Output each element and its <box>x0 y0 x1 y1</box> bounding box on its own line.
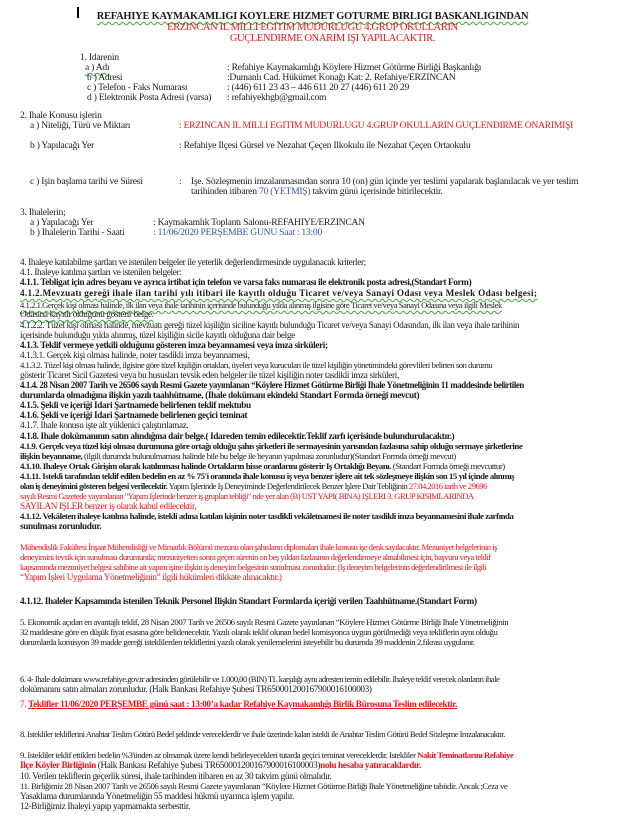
section4-1-12-b: 4.1.12. Ihaleler Kapsamında istenilen Te… <box>20 596 477 607</box>
section2-label-a: a ) Niteliği, Türü ve Miktarı <box>30 120 130 131</box>
section7: 7. Teklifler 11/06/2020 PERŞEMBE günü sa… <box>20 699 457 710</box>
section4-1-7: 4.1.7. Ihale konusu işte alt yüklenici ç… <box>20 420 188 431</box>
section1-value-d: : refahiyekhgb@gmail.com <box>227 92 326 103</box>
section1-label-d: d ) Elektronik Posta Adresi (varsa) <box>87 92 211 103</box>
document-subtitle-line2: GUÇLENDIRME ONARIM IŞI YAPILACAKTIR. <box>20 33 625 44</box>
section2-value-a: : ERZINCAN IL MILLI EGITIM MUDURLUGU 4.G… <box>179 120 573 131</box>
engineering-note-line4: “Yapım Işleri Uygulama Yönetmeliğinin” i… <box>20 572 282 583</box>
section4-1-2-1-line2: Odasına kayıtlı olduğunu gösterir belge. <box>20 309 154 320</box>
section2-value-c-line2: tarihinden itibaren 70 (YETMIŞ) takvim g… <box>191 186 443 197</box>
section3-label-b: b ) Ihalelerin Tarihi - Saati <box>30 227 124 238</box>
section2-label-c: c ) Işin başlama tarihi ve Süresi <box>30 176 143 187</box>
section3-value-b: : 11/06/2020 PERŞEMBE GUNU Saat : 13:00 <box>153 227 322 238</box>
document-title: REFAHIYE KAYMAKAMLIGI KOYLERE HIZMET GOT… <box>0 11 625 22</box>
section4-1-2: 4.1.2.Mevzuatı gereği ihale ilan tarihi … <box>20 288 537 299</box>
section5-line3: durumlarda komisyon 39 madde gereği iste… <box>20 637 475 648</box>
document-page: REFAHIYE KAYMAKAMLIGI KOYLERE HIZMET GOT… <box>0 0 625 827</box>
section4-1-1: 4.1.1. Tebligat için adres beyanı ve ayr… <box>20 277 471 288</box>
section12: 12-Birliğimiz Ihaleyi yapıp yapmamakta s… <box>20 801 190 812</box>
section9-line2: Ilçe Köyler Birliğinin (Halk Bankası Ref… <box>20 760 421 771</box>
section4-1-12-line2: sunulması zorunludur. <box>20 521 101 532</box>
section2-colon-c: : <box>179 176 181 187</box>
document-subtitle-line1: ERZINCAN IL MILLI EGITIM MUDURLUGU 4.GRU… <box>0 22 625 33</box>
section8: 8. Istekliler tekliflerini Anahtar Tesli… <box>20 729 505 740</box>
section2-label-b: b ) Yapılacağı Yer <box>30 140 94 151</box>
section6-line2: dokümanını satın almaları zorunludur. (H… <box>20 684 372 695</box>
section2-value-b: : Refahiye Ilçesi Gürsel ve Nezahat Çeçe… <box>179 140 470 151</box>
